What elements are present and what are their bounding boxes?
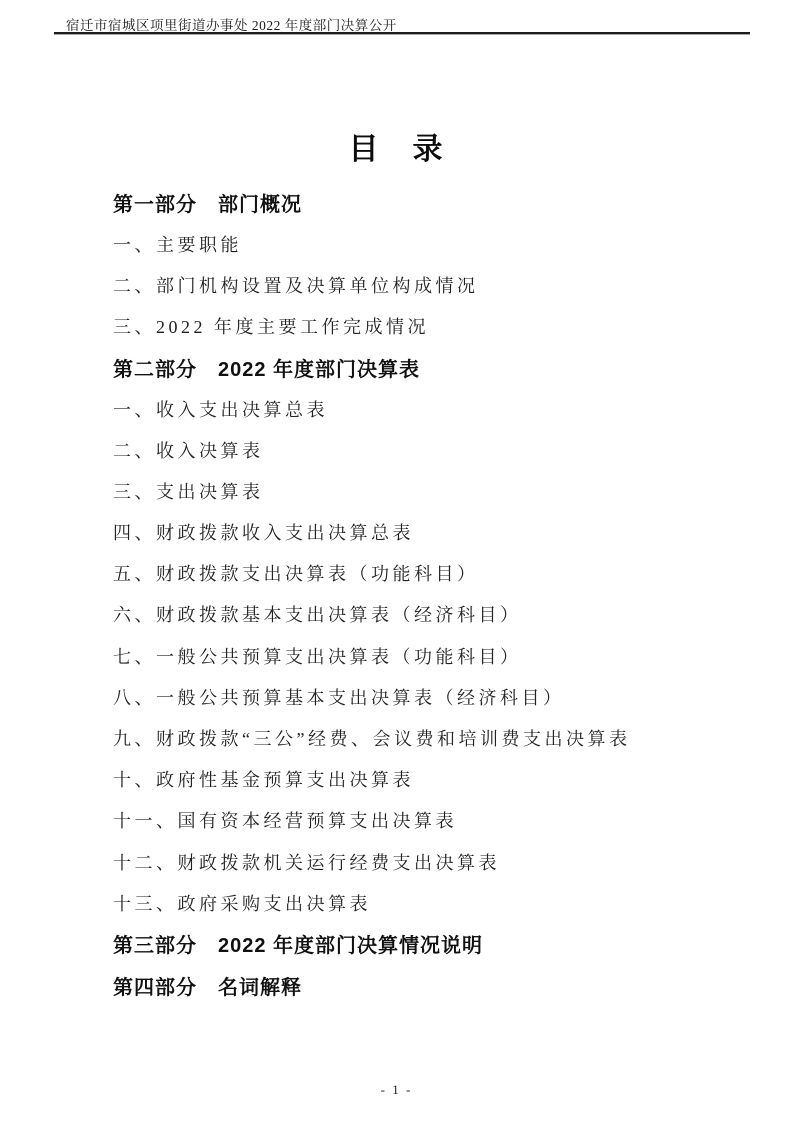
- toc-entry: 二、收入决算表: [113, 429, 753, 470]
- toc-entry: 二、部门机构设置及决算单位构成情况: [113, 264, 753, 305]
- running-header-title: 宿迁市宿城区项里街道办事处 2022 年度部门决算公开: [66, 14, 397, 34]
- toc-entry: 十、政府性基金预算支出决算表: [113, 759, 753, 800]
- toc-entry: 一、收入支出决算总表: [113, 388, 753, 429]
- toc-section-part4: 第四部分 名词解释: [113, 965, 753, 1006]
- toc-entry: 三、支出决算表: [113, 470, 753, 511]
- toc-entry: 七、一般公共预算支出决算表（功能科目）: [113, 635, 753, 676]
- toc-entry: 八、一般公共预算基本支出决算表（经济科目）: [113, 676, 753, 717]
- toc-section-part2: 第二部分 2022 年度部门决算表: [113, 347, 753, 388]
- toc-entry: 一、主要职能: [113, 223, 753, 264]
- toc-section-part1: 第一部分 部门概况: [113, 182, 753, 223]
- document-page: 宿迁市宿城区项里街道办事处 2022 年度部门决算公开 目 录 第一部分 部门概…: [0, 0, 793, 1122]
- toc-entry: 十二、财政拨款机关运行经费支出决算表: [113, 841, 753, 882]
- toc-entry: 六、财政拨款基本支出决算表（经济科目）: [113, 594, 753, 635]
- toc-entry: 九、财政拨款“三公”经费、会议费和培训费支出决算表: [113, 717, 753, 758]
- page-number: - 1 -: [381, 1082, 413, 1097]
- doc-title: 目 录: [0, 124, 793, 168]
- toc-entry: 十三、政府采购支出决算表: [113, 882, 753, 923]
- toc-entry: 三、2022 年度主要工作完成情况: [113, 306, 753, 347]
- toc-entry: 五、财政拨款支出决算表（功能科目）: [113, 553, 753, 594]
- toc-entry: 四、财政拨款收入支出决算总表: [113, 512, 753, 553]
- page-footer: - 1 -: [0, 1082, 793, 1098]
- table-of-contents: 第一部分 部门概况 一、主要职能 二、部门机构设置及决算单位构成情况 三、202…: [113, 182, 753, 1006]
- header-rule: [54, 32, 750, 35]
- toc-entry: 十一、国有资本经营预算支出决算表: [113, 800, 753, 841]
- toc-section-part3: 第三部分 2022 年度部门决算情况说明: [113, 923, 753, 964]
